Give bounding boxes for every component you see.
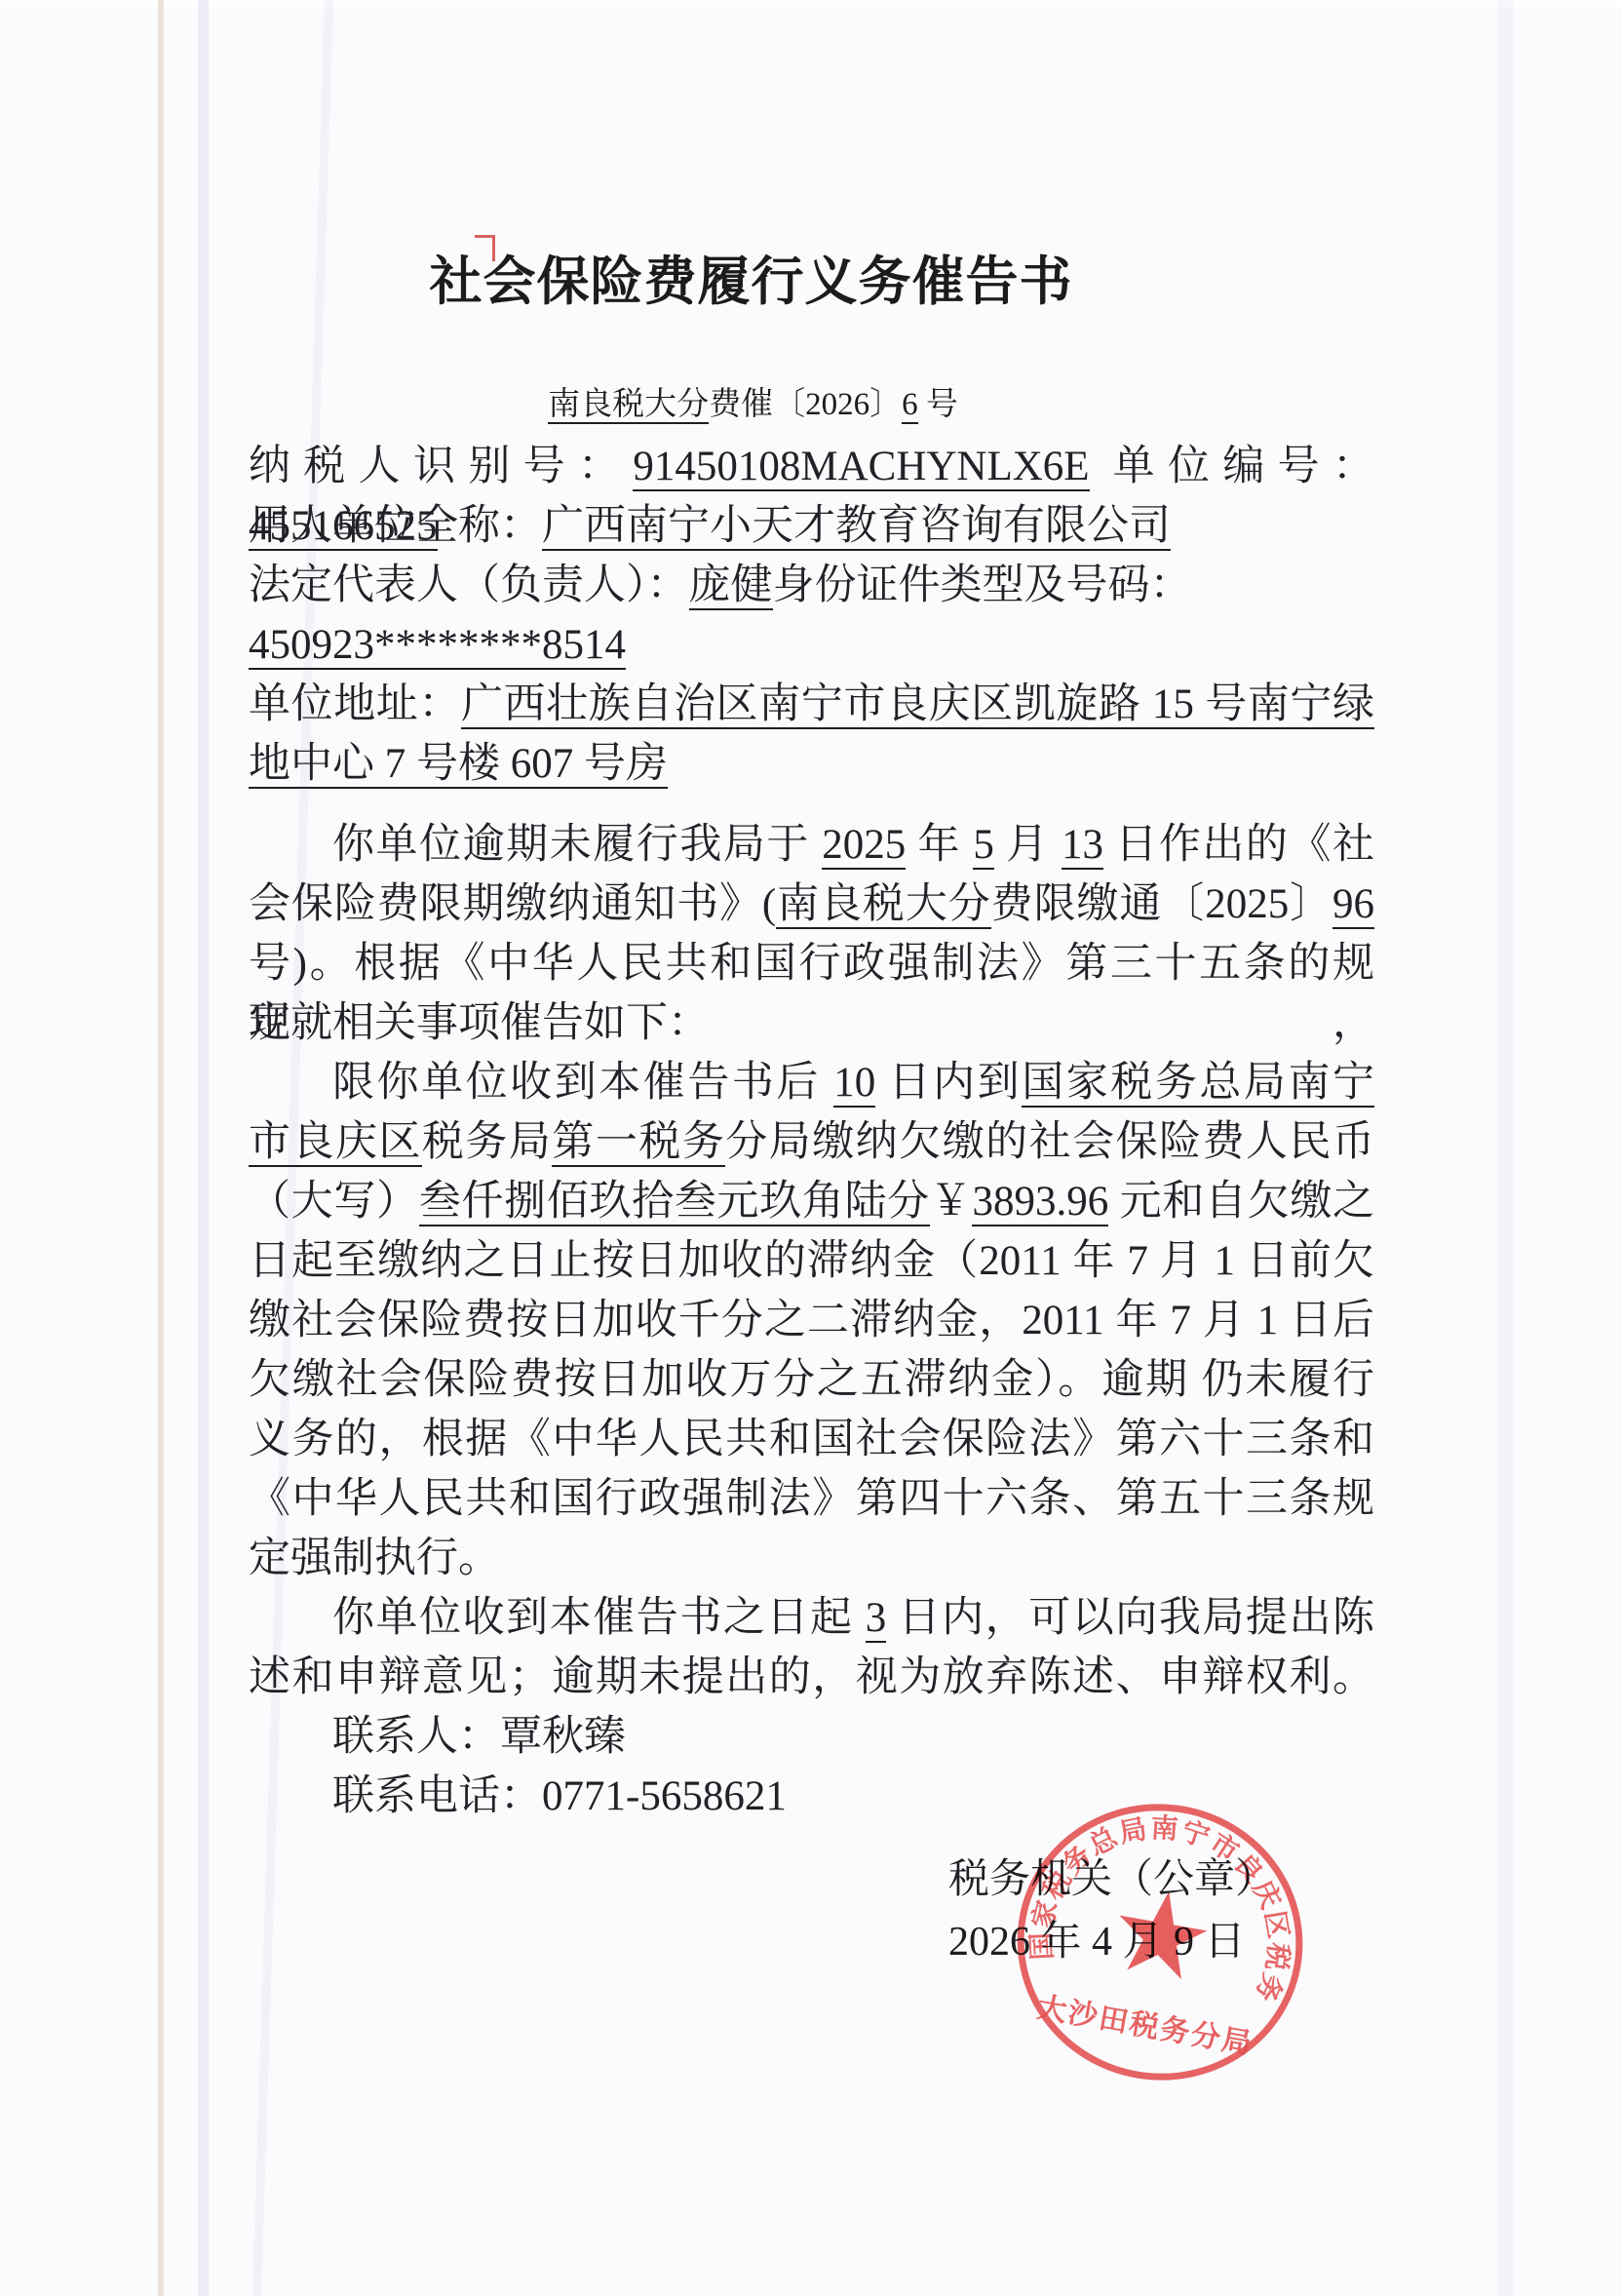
filled-value: 南良税大分 xyxy=(548,387,709,424)
body-line: 单位地址：广西壮族自治区南宁市良庆区凯旋路 15 号南宁绿 xyxy=(249,675,1374,734)
body-line: 义务的，根据《中华人民共和国社会保险法》第六十三条和 xyxy=(249,1410,1374,1469)
body-line: 市良庆区税务局第一税务分局缴纳欠缴的社会保险费人民币 xyxy=(249,1112,1374,1172)
text-run: 纳税人识别号： xyxy=(249,444,633,489)
text-run: 限你单位收到本催告书后 xyxy=(332,1060,833,1106)
body-line: 450923********8514 xyxy=(249,615,1374,675)
text-run: 现就相关事项催告如下： xyxy=(249,1000,710,1046)
body-line: 缴社会保险费按日加收千分之二滞纳金，2011 年 7 月 1 日后 xyxy=(249,1291,1374,1350)
filled-value: 广西南宁小天才教育咨询有限公司 xyxy=(542,503,1171,551)
text-run: 日起至缴纳之日止按日加收的滞纳金（2011 年 7 月 1 日前欠 xyxy=(249,1238,1374,1284)
filled-value: 南良税大分 xyxy=(776,881,990,929)
filled-value: 96 xyxy=(1332,881,1374,929)
text-run: 日内到 xyxy=(875,1060,1022,1106)
body-line: 你单位逾期未履行我局于 2025 年 5 月 13 日作出的《社 xyxy=(249,815,1374,875)
text-run: 月 xyxy=(994,822,1062,868)
text-run: 日作出的《社 xyxy=(1103,822,1374,868)
text-run: 费限缴通〔2025〕 xyxy=(991,881,1332,927)
body-line: 定强制执行。 xyxy=(249,1529,1374,1588)
filled-value: 450923********8514 xyxy=(249,622,626,670)
filled-value: 叁仟捌佰玖拾叁元玖角陆分 xyxy=(419,1179,930,1226)
text-run: 会保险费限期缴纳通知书》( xyxy=(249,881,776,927)
text-run: 单位编号： xyxy=(1090,444,1374,489)
text-run: 元和自欠缴之 xyxy=(1108,1179,1374,1225)
body-line: 法定代表人（负责人）：庞健身份证件类型及号码： xyxy=(249,556,1374,615)
body-line: 纳税人识别号：91450108MACHYNLX6E 单位编号：455166525 xyxy=(249,437,1374,496)
text-run: 联系人：覃秋臻 xyxy=(332,1714,626,1760)
body-line: 《中华人民共和国行政强制法》第四十六条、第五十三条规 xyxy=(249,1469,1374,1529)
filled-value: 3 xyxy=(866,1595,887,1643)
body-line: 号)。根据《中华人民共和国行政强制法》第三十五条的规定， xyxy=(249,934,1374,993)
scan-streak xyxy=(1498,0,1514,2296)
body-line: 地中心 7 号楼 607 号房 xyxy=(249,734,1374,794)
filled-value: 91450108MACHYNLX6E xyxy=(633,444,1089,491)
scan-streak xyxy=(158,0,164,2296)
text-run: 你单位逾期未履行我局于 xyxy=(332,822,822,868)
filled-value: 国家税务总局南宁 xyxy=(1022,1060,1374,1108)
text-run: 年 xyxy=(906,822,973,868)
text-run: 日内，可以向我局提出陈 xyxy=(886,1595,1374,1641)
body-line: 日起至缴纳之日止按日加收的滞纳金（2011 年 7 月 1 日前欠 xyxy=(249,1231,1374,1291)
filled-value: 6 xyxy=(902,387,918,424)
seal-branch-text: 大沙田税务分局 xyxy=(1035,1991,1255,2060)
body-line: 你单位收到本催告书之日起 3 日内，可以向我局提出陈 xyxy=(249,1588,1374,1648)
seal-graphic: 国家税务总局南宁市良庆区税务局 大沙田税务分局 xyxy=(991,1776,1329,2108)
scan-streak xyxy=(198,0,209,2296)
body-line: 述和申辩意见；逾期未提出的，视为放弃陈述、申辩权利。 xyxy=(249,1648,1374,1707)
text-run: 分局缴纳欠缴的社会保险费人民币 xyxy=(725,1119,1374,1165)
filled-value: 广西壮族自治区南宁市良庆区凯旋路 15 号南宁绿 xyxy=(461,681,1374,729)
filled-value: 地中心 7 号楼 607 号房 xyxy=(249,741,668,789)
filled-value: 5 xyxy=(973,822,994,870)
text-run: 号 xyxy=(918,387,958,422)
text-run: 法定代表人（负责人）： xyxy=(249,563,689,608)
document-number: 南良税大分费催〔2026〕6 号 xyxy=(190,378,1316,424)
filled-value: 2025 xyxy=(822,822,906,870)
text-run: 定强制执行。 xyxy=(249,1536,500,1581)
body-line: 限你单位收到本催告书后 10 日内到国家税务总局南宁 xyxy=(249,1053,1374,1112)
text-run: 单位地址： xyxy=(249,681,461,727)
text-run: 你单位收到本催告书之日起 xyxy=(332,1595,866,1641)
filled-value: 庞健 xyxy=(689,563,773,610)
text-run: 联系电话：0771-5658621 xyxy=(332,1773,787,1819)
body-line: 联系人：覃秋臻 xyxy=(249,1707,1374,1767)
text-run: 《中华人民共和国行政强制法》第四十六条、第五十三条规 xyxy=(249,1476,1374,1522)
scan-edge-highlight xyxy=(0,0,1622,8)
scanned-document-page: 社会保险费履行义务催告书 南良税大分费催〔2026〕6 号 纳税人识别号：914… xyxy=(0,0,1622,2296)
body-line: 欠缴社会保险费按日加收万分之五滞纳金）。逾期 仍未履行 xyxy=(249,1350,1374,1410)
filled-value: 10 xyxy=(833,1060,875,1108)
star-icon xyxy=(1110,1884,1213,1982)
text-run: 费催〔2026〕 xyxy=(709,387,902,422)
filled-value: 3893.96 xyxy=(972,1179,1108,1226)
text-run: 述和申辩意见；逾期未提出的，视为放弃陈述、申辩权利。 xyxy=(249,1654,1374,1700)
text-run: （大写） xyxy=(249,1179,419,1225)
filled-value: 第一税务 xyxy=(552,1119,725,1167)
text-run: 欠缴社会保险费按日加收万分之五滞纳金）。逾期 仍未履行 xyxy=(249,1357,1374,1403)
text-run: 用人单位全称： xyxy=(249,503,542,549)
body-line: （大写）叁仟捌佰玖拾叁元玖角陆分￥3893.96 元和自欠缴之 xyxy=(249,1172,1374,1231)
official-seal-stamp: 国家税务总局南宁市良庆区税务局 大沙田税务分局 xyxy=(991,1776,1329,2108)
text-run: 缴社会保险费按日加收千分之二滞纳金，2011 年 7 月 1 日后 xyxy=(249,1298,1374,1343)
document-title: 社会保险费履行义务催告书 xyxy=(188,240,1314,315)
text-run: 身份证件类型及号码： xyxy=(773,563,1192,608)
filled-value: 市良庆区 xyxy=(249,1119,422,1167)
text-run: ￥ xyxy=(930,1179,973,1225)
document-body: 纳税人识别号：91450108MACHYNLX6E 单位编号：455166525… xyxy=(249,437,1374,1826)
filled-value: 13 xyxy=(1062,822,1103,870)
body-line: 会保险费限期缴纳通知书》(南良税大分费限缴通〔2025〕96 xyxy=(249,875,1374,934)
body-line: 用人单位全称：广西南宁小天才教育咨询有限公司 xyxy=(249,496,1374,556)
text-run: 义务的，根据《中华人民共和国社会保险法》第六十三条和 xyxy=(249,1417,1374,1462)
text-run: 税务局 xyxy=(422,1119,552,1165)
